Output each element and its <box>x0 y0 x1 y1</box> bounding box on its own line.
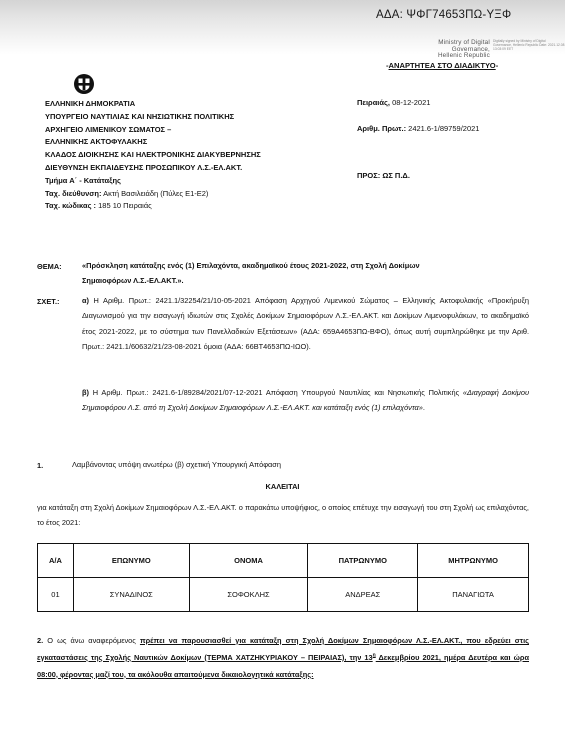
column-header: ΕΠΩΝΥΜΟ <box>73 544 189 578</box>
cell-name: ΣΟΦΟΚΛΗΣ <box>189 578 308 612</box>
item1-heading: ΚΑΛΕΙΤΑΙ <box>0 482 565 491</box>
sender-line: ΕΛΛΗΝΙΚΗΣ ΑΚΤΟΦΥΛΑΚΗΣ <box>45 136 345 149</box>
cell-mother-name: ΠΑΝΑΓΙΩΤΑ <box>418 578 529 612</box>
sender-line: Τμήμα Α΄ - Κατάταξης <box>45 175 345 188</box>
recipient: ΠΡΟΣ: ΩΣ Π.Δ. <box>357 171 410 180</box>
reference-b: β) Η Αριθμ. Πρωτ.: 2421.6-1/89284/2021/0… <box>82 385 529 416</box>
sender-address: Ταχ. διεύθυνση: Ακτή Βασιλειάδη (Πύλες Ε… <box>45 188 345 201</box>
column-header: ΠΑΤΡΩΝΥΜΟ <box>308 544 418 578</box>
item1-body: για κατάταξη στη Σχολή Δοκίμων Σημαιοφόρ… <box>37 500 529 531</box>
subject-label: ΘΕΜΑ: <box>37 262 62 271</box>
sender-line: ΚΛΑΔΟΣ ΔΙΟΙΚΗΣΗΣ ΚΑΙ ΗΛΕΚΤΡΟΝΙΚΗΣ ΔΙΑΚΥΒ… <box>45 149 345 162</box>
item1-number: 1. <box>37 461 43 470</box>
reference-a: α) Η Αριθμ. Πρωτ.: 2421.1/32254/21/10-05… <box>82 293 529 354</box>
column-header: ΜΗΤΡΩΝΥΜΟ <box>418 544 529 578</box>
column-header: ΟΝΟΜΑ <box>189 544 308 578</box>
sender-line: ΥΠΟΥΡΓΕΙΟ ΝΑΥΤΙΛΙΑΣ ΚΑΙ ΝΗΣΙΩΤΙΚΗΣ ΠΟΛΙΤ… <box>45 111 345 124</box>
table-row: 01 ΣΥΝΑΔΙΝΟΣ ΣΟΦΟΚΛΗΣ ΑΝΔΡΕΑΣ ΠΑΝΑΓΙΩΤΑ <box>38 578 529 612</box>
signature-details: Digitally signed by Ministry of Digital … <box>493 40 565 51</box>
sender-line: ΔΙΕΥΘΥΝΣΗ ΕΚΠΑΙΔΕΥΣΗΣ ΠΡΟΣΩΠΙΚΟΥ Λ.Σ.-ΕΛ… <box>45 162 345 175</box>
protocol-number: Αριθμ. Πρωτ.: 2421.6-1/89759/2021 <box>357 124 479 133</box>
cell-surname: ΣΥΝΑΔΙΝΟΣ <box>73 578 189 612</box>
greek-coat-of-arms-icon <box>73 73 95 95</box>
sender-postcode: Ταχ. κώδικας : 185 10 Πειραιάς <box>45 200 345 213</box>
document-date: Πειραιάς, 08-12-2021 <box>357 98 430 107</box>
references-label: ΣΧΕΤ.: <box>37 297 60 306</box>
subject-text: «Πρόσκληση κατάταξης ενός (1) Επιλαχόντα… <box>82 258 529 289</box>
cell-index: 01 <box>38 578 74 612</box>
column-header: Α/Α <box>38 544 74 578</box>
table-header-row: Α/Α ΕΠΩΝΥΜΟ ΟΝΟΜΑ ΠΑΤΡΩΝΥΜΟ ΜΗΤΡΩΝΥΜΟ <box>38 544 529 578</box>
signature-signer: Ministry of Digital Governance, Hellenic… <box>426 40 490 60</box>
sender-line: ΑΡΧΗΓΕΙΟ ΛΙΜΕΝΙΚΟΥ ΣΩΜΑΤΟΣ – <box>45 124 345 137</box>
ada-code: ΑΔΑ: ΨΦΓ74653ΠΩ-ΥΞΦ <box>376 9 511 21</box>
item2-paragraph: 2. Ο ως άνω αναφερόμενος πρέπει να παρου… <box>37 633 529 683</box>
candidate-table: Α/Α ΕΠΩΝΥΜΟ ΟΝΟΜΑ ΠΑΤΡΩΝΥΜΟ ΜΗΤΡΩΝΥΜΟ 01… <box>37 543 529 612</box>
item1-text: Λαμβάνοντας υπόψη ανωτέρω (β) σχετική Υπ… <box>72 457 522 472</box>
sender-line: ΕΛΛΗΝΙΚΗ ΔΗΜΟΚΡΑΤΙΑ <box>45 98 345 111</box>
sender-block: ΕΛΛΗΝΙΚΗ ΔΗΜΟΚΡΑΤΙΑ ΥΠΟΥΡΓΕΙΟ ΝΑΥΤΙΛΙΑΣ … <box>45 98 345 213</box>
post-online-notice: -ΑΝΑΡΤΗΤΕΑ ΣΤΟ ΔΙΑΔΙΚΤΥΟ- <box>386 61 498 70</box>
cell-father-name: ΑΝΔΡΕΑΣ <box>308 578 418 612</box>
